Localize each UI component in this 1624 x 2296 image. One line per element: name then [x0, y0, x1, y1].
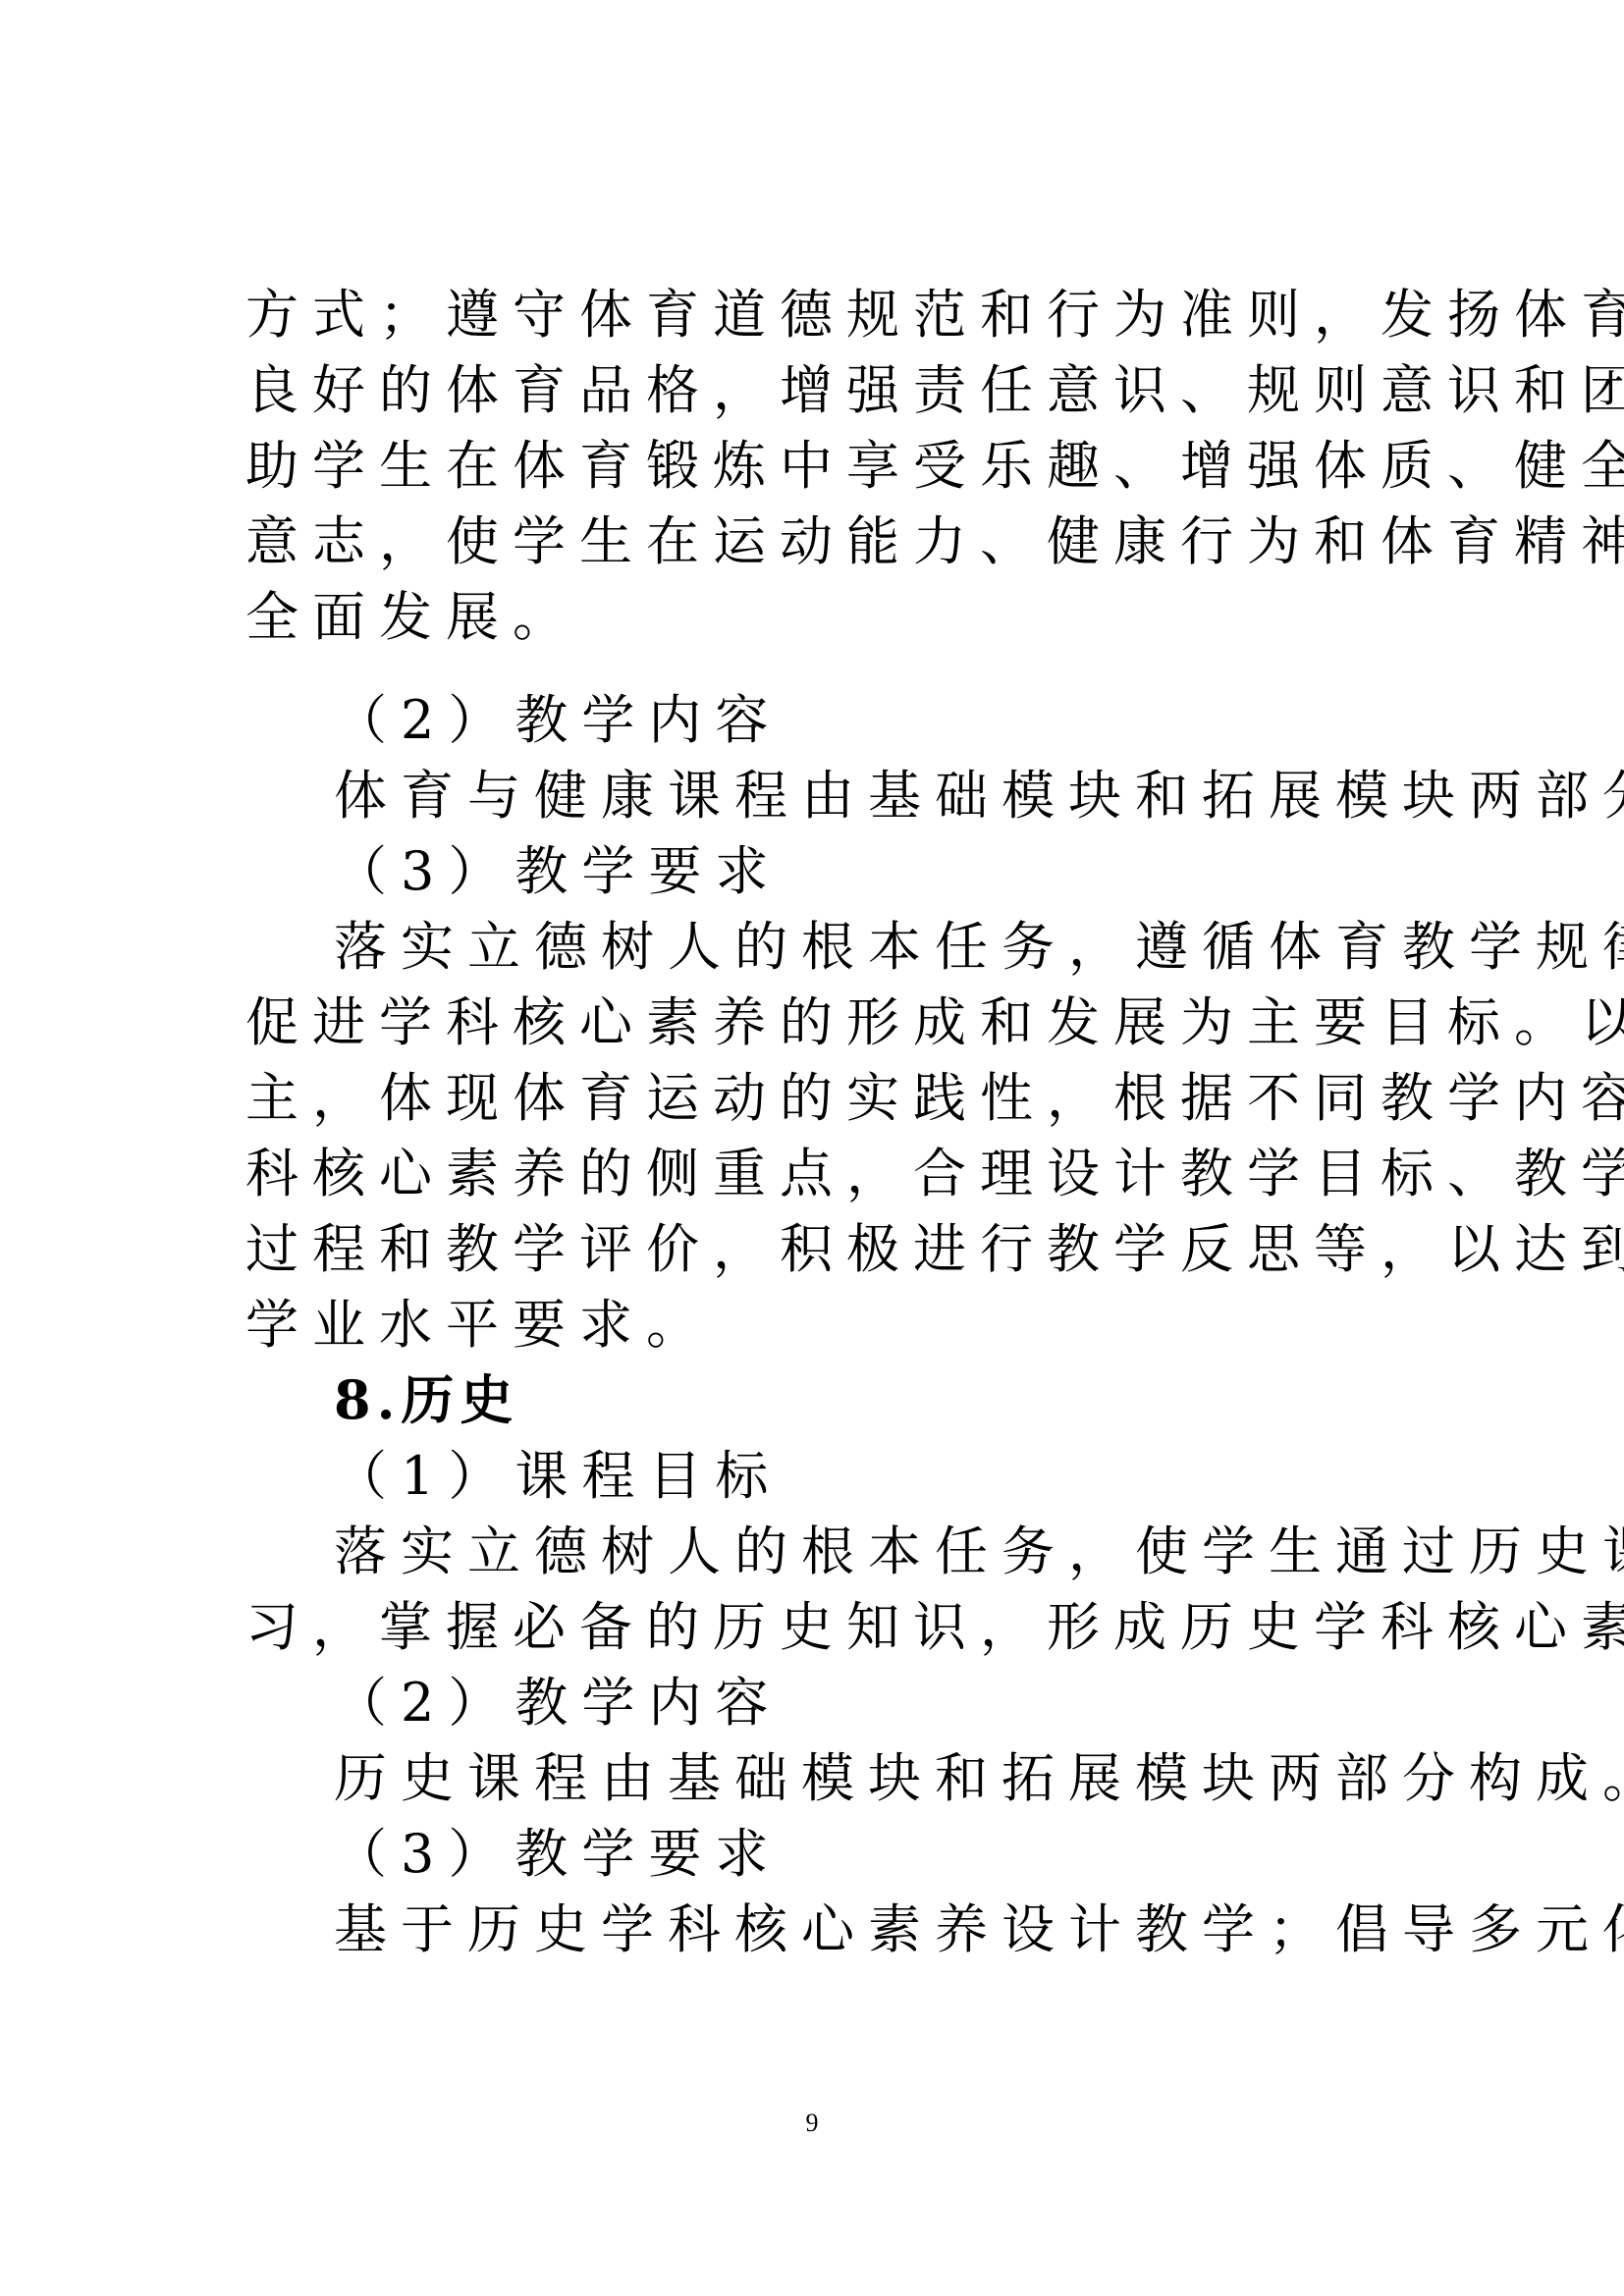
- paragraph-line: 学业水平要求。: [245, 1287, 1394, 1362]
- paragraph-line: 体育与健康课程由基础模块和拓展模块两部分构成。: [334, 758, 1483, 833]
- paragraph-line: 习，掌握必备的历史知识，形成历史学科核心素养。: [245, 1589, 1394, 1665]
- paragraph-line: 历史课程由基础模块和拓展模块两部分构成。: [334, 1740, 1483, 1816]
- subheading-teaching-content: （2）教学内容: [334, 682, 1483, 758]
- paragraph-line: 全面发展。: [245, 579, 1394, 655]
- subheading-teaching-requirements: （3）教学要求: [334, 833, 1483, 909]
- section-heading-history: 8.历史: [334, 1362, 1483, 1438]
- paragraph-line: 落实立德树人的根本任务，遵循体育教学规律，始终以: [334, 909, 1483, 985]
- paragraph-line: 方式；遵守体育道德规范和行为准则，发扬体育精神，塑造: [245, 277, 1394, 352]
- paragraph-line: 助学生在体育锻炼中享受乐趣、增强体质、健全人格、锤炼: [245, 428, 1394, 504]
- paragraph-line: 过程和教学评价，积极进行教学反思等，以达到教学目的和: [245, 1211, 1394, 1287]
- paragraph-line: 意志，使学生在运动能力、健康行为和体育精神三方面获得: [245, 504, 1394, 579]
- paragraph-line: 落实立德树人的根本任务，使学生通过历史课程的学: [334, 1514, 1483, 1589]
- page-number: 9: [0, 2109, 1624, 2138]
- paragraph-line: 科核心素养的侧重点，合理设计教学目标、教学方法、教学: [245, 1136, 1394, 1211]
- subheading-teaching-requirements: （3）教学要求: [334, 1816, 1483, 1892]
- paragraph-line: 良好的体育品格，增强责任意识、规则意识和团队意识。帮: [245, 352, 1394, 428]
- paragraph-line: 促进学科核心素养的形成和发展为主要目标。以身体练习为: [245, 985, 1394, 1060]
- subheading-teaching-content: （2）教学内容: [334, 1665, 1483, 1740]
- paragraph-line: 主，体现体育运动的实践性，根据不同教学内容所蕴含的学: [245, 1060, 1394, 1136]
- subheading-course-objectives: （1）课程目标: [334, 1438, 1483, 1514]
- document-page: 方式；遵守体育道德规范和行为准则，发扬体育精神，塑造 良好的体育品格，增强责任意…: [0, 0, 1624, 2296]
- paragraph-line: 基于历史学科核心素养设计教学；倡导多元化的教学方: [334, 1892, 1483, 1967]
